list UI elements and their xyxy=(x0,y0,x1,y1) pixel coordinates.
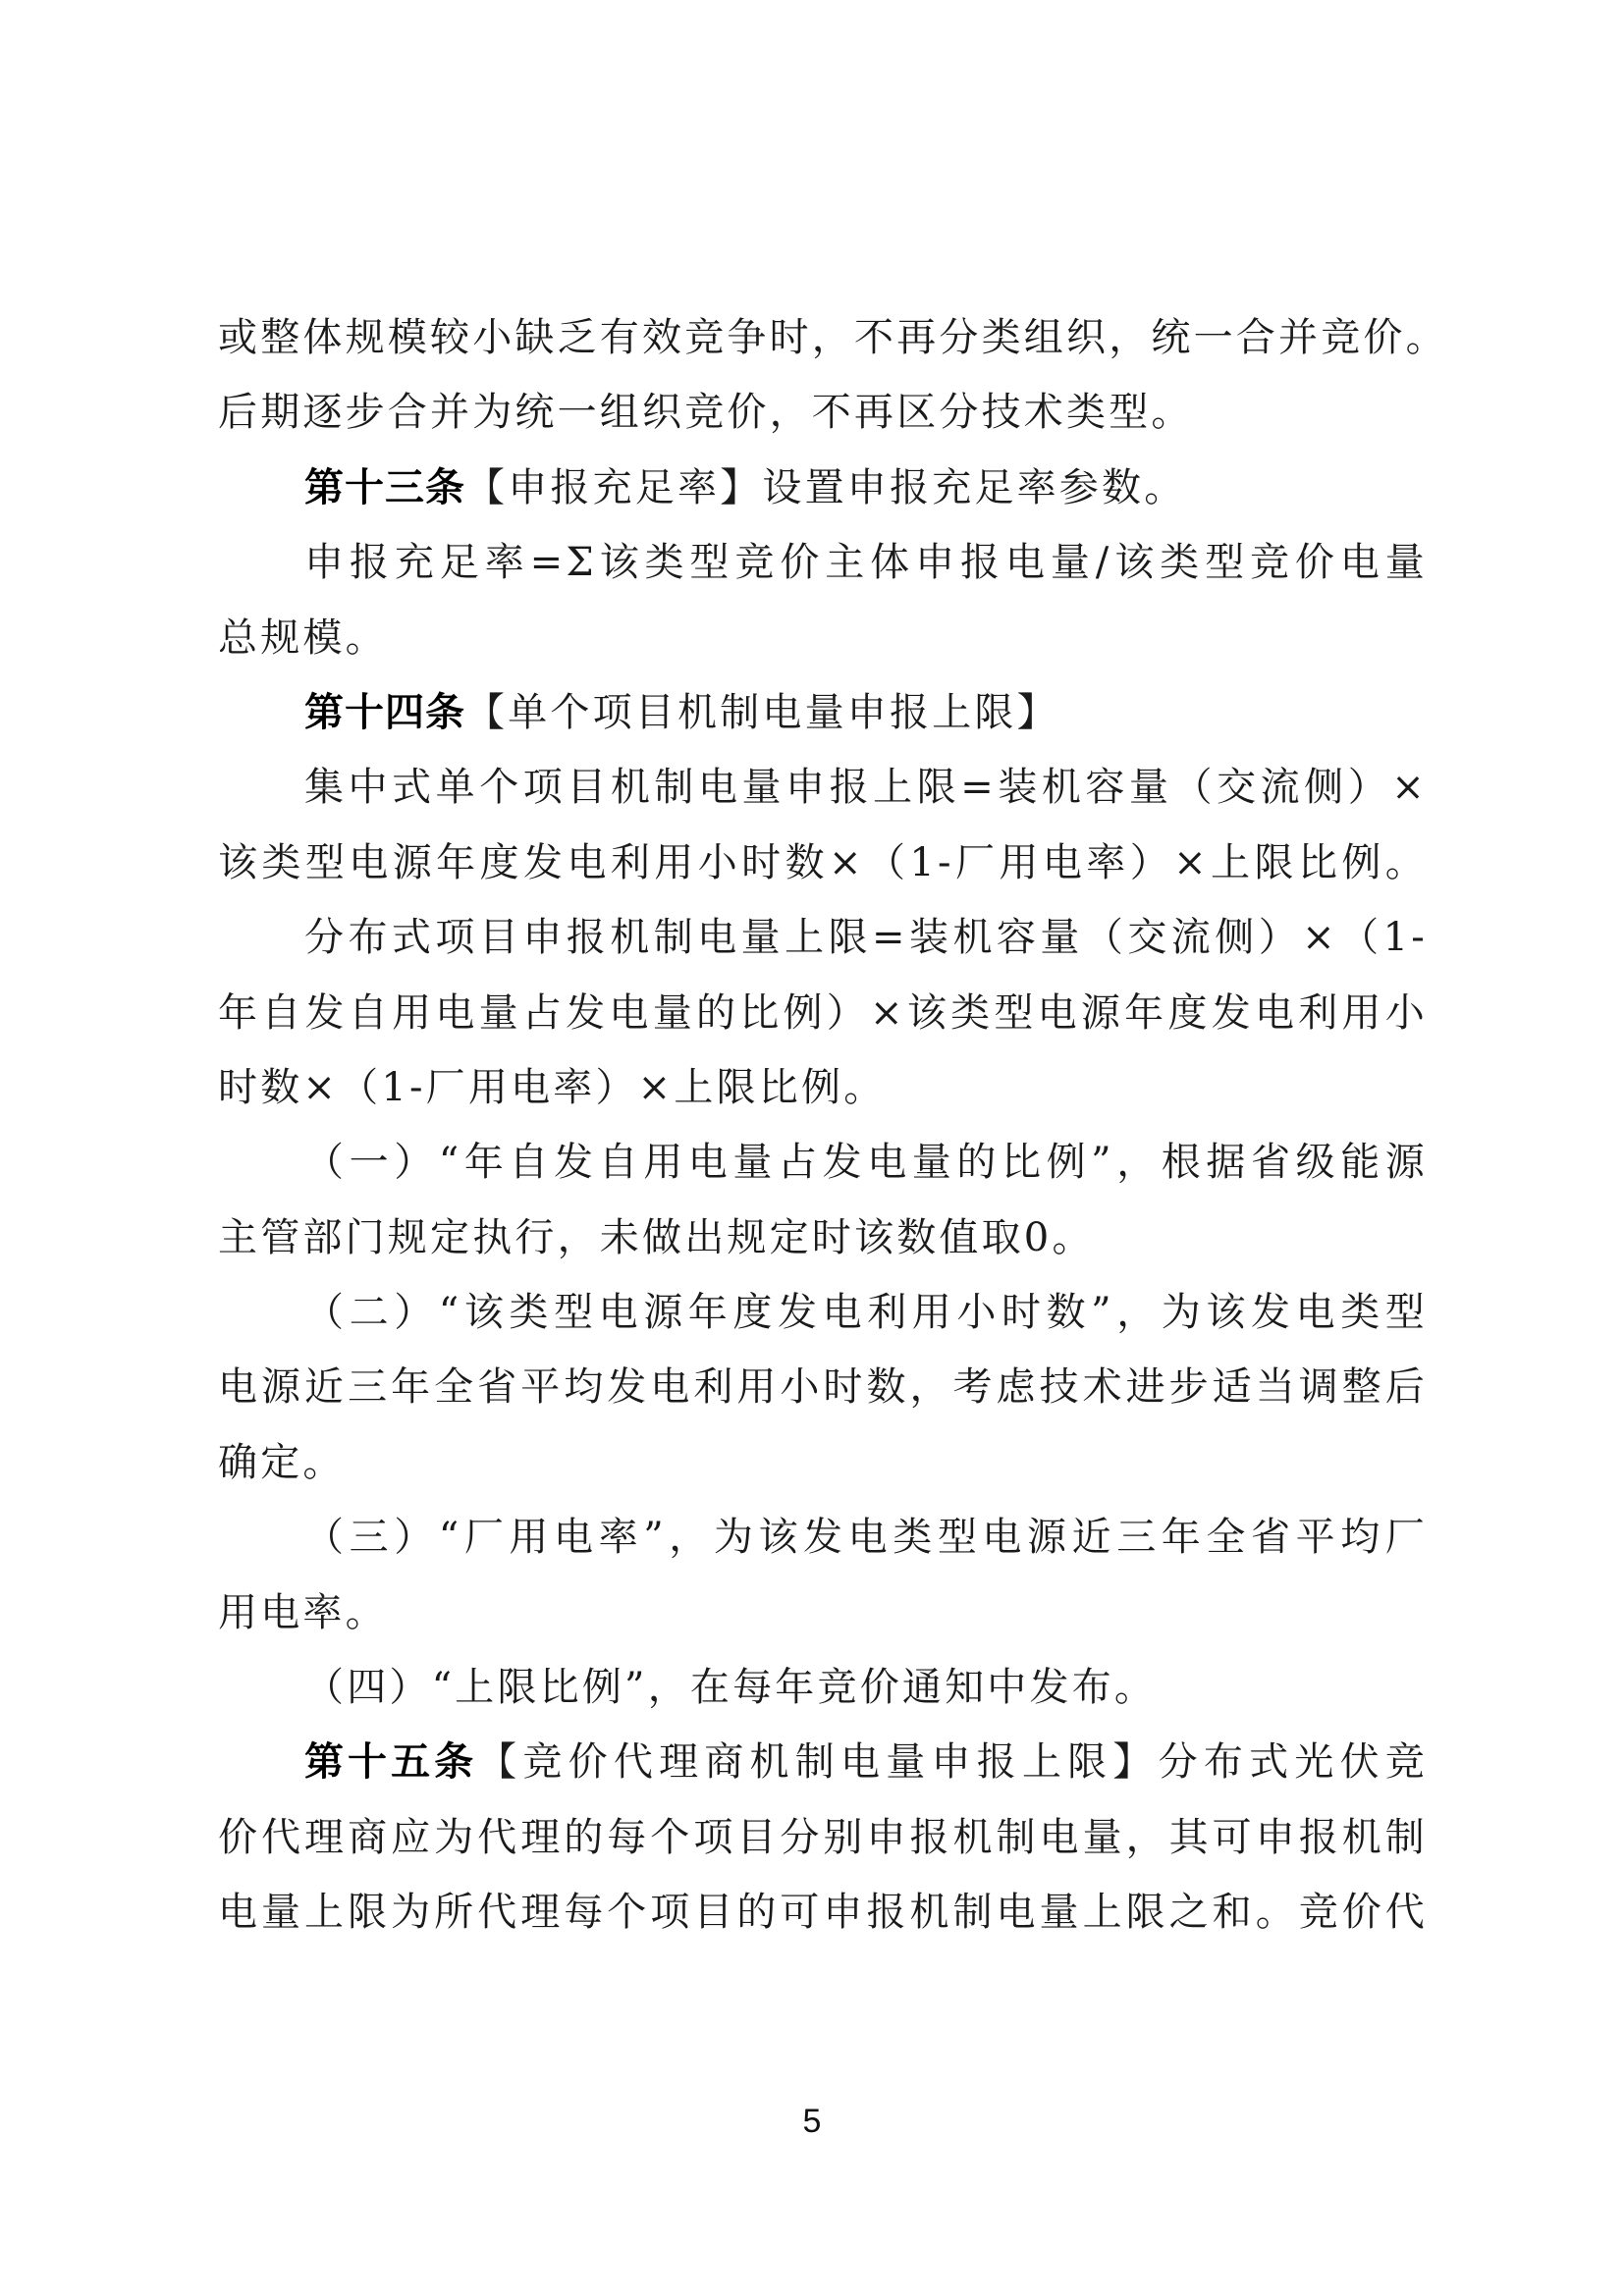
paragraph-line: 时数×（1-厂用电率）×上限比例。 xyxy=(218,1050,1428,1125)
paragraph-line: 该类型电源年度发电利用小时数×（1-厂用电率）×上限比例。 xyxy=(218,826,1428,900)
paragraph-line: 后期逐步合并为统一组织竞价，不再区分技术类型。 xyxy=(218,375,1428,450)
paragraph-line: 电量上限为所代理每个项目的可申报机制电量上限之和。竞价代 xyxy=(218,1875,1428,1949)
paragraph-line: 集中式单个项目机制电量申报上限=装机容量（交流侧）× xyxy=(218,750,1428,825)
paragraph-line: （三）“厂用电率”，为该发电类型电源近三年全省平均厂 xyxy=(218,1500,1428,1575)
document-body: 或整体规模较小缺乏有效竞争时，不再分类组织，统一合并竞价。 后期逐步合并为统一组… xyxy=(218,300,1428,1950)
paragraph-line: （二）“该类型电源年度发电利用小时数”，为该发电类型 xyxy=(218,1275,1428,1350)
paragraph-line: 电源近三年全省平均发电利用小时数，考虑技术进步适当调整后 xyxy=(218,1350,1428,1424)
paragraph-line: 总规模。 xyxy=(218,601,1428,675)
paragraph-line: 申报充足率=Σ该类型竞价主体申报电量/该类型竞价电量 xyxy=(218,525,1428,600)
paragraph-line: 或整体规模较小缺乏有效竞争时，不再分类组织，统一合并竞价。 xyxy=(218,300,1428,375)
paragraph-line: 年自发自用电量占发电量的比例）×该类型电源年度发电利用小 xyxy=(218,976,1428,1050)
paragraph-line: 用电率。 xyxy=(218,1575,1428,1650)
article-14-line: 第十四条【单个项目机制电量申报上限】 xyxy=(218,675,1428,750)
article-15-line: 第十五条【竞价代理商机制电量申报上限】分布式光伏竞 xyxy=(218,1725,1428,1799)
paragraph-line: （一）“年自发自用电量占发电量的比例”，根据省级能源 xyxy=(218,1125,1428,1200)
article-text: 【申报充足率】设置申报充足率参数。 xyxy=(465,465,1186,510)
paragraph-line: 确定。 xyxy=(218,1425,1428,1500)
article-heading: 第十五条 xyxy=(304,1739,477,1785)
article-heading: 第十三条 xyxy=(304,465,465,510)
article-text: 【单个项目机制电量申报上限】 xyxy=(465,690,1059,735)
page-number: 5 xyxy=(0,2103,1624,2141)
article-13-line: 第十三条【申报充足率】设置申报充足率参数。 xyxy=(218,451,1428,525)
paragraph-line: 分布式项目申报机制电量上限=装机容量（交流侧）×（1- xyxy=(218,900,1428,975)
article-heading: 第十四条 xyxy=(304,690,465,735)
paragraph-line: （四）“上限比例”，在每年竞价通知中发布。 xyxy=(218,1650,1428,1725)
paragraph-line: 主管部门规定执行，未做出规定时该数值取0。 xyxy=(218,1201,1428,1275)
article-text: 【竞价代理商机制电量申报上限】分布式光伏竞 xyxy=(477,1739,1428,1785)
paragraph-line: 价代理商应为代理的每个项目分别申报机制电量，其可申报机制 xyxy=(218,1800,1428,1875)
